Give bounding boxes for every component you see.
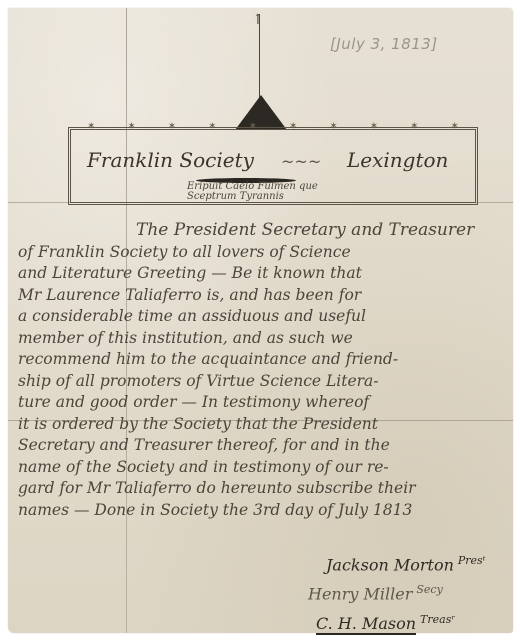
- body-line: The President Secretary and Treasurer: [18, 220, 508, 242]
- society-name: Franklin Society: [87, 148, 254, 172]
- signature-block: Jackson MortonPresᵗ Henry MillerSecy C. …: [298, 548, 508, 636]
- body-line: it is ordered by the Society that the Pr…: [18, 414, 508, 436]
- body-line: Mr Laurence Taliaferro is, and has been …: [18, 285, 508, 307]
- certificate-page: [July 3, 1813] ↑ ✶✶✶✶✶✶✶✶✶✶ Franklin Soc…: [8, 8, 513, 633]
- signature-secretary: Henry MillerSecy: [298, 577, 508, 606]
- body-line: gard for Mr Taliaferro do hereunto subsc…: [18, 478, 508, 500]
- archival-date-note: [July 3, 1813]: [330, 35, 438, 53]
- border-ornament: ✶✶✶✶✶✶✶✶✶✶: [71, 121, 475, 132]
- header-separator: ~~~: [281, 152, 321, 171]
- body-line: member of this institution, and as such …: [18, 328, 508, 350]
- signer-title: Secy: [416, 583, 442, 596]
- body-line: ship of all promoters of Virtue Science …: [18, 371, 508, 393]
- body-line: ture and good order — In testimony where…: [18, 392, 508, 414]
- seal-string: [259, 14, 260, 102]
- signature-president: Jackson MortonPresᵗ: [298, 548, 508, 577]
- signer-name: Henry Miller: [308, 585, 412, 604]
- header-cartouche: ✶✶✶✶✶✶✶✶✶✶ Franklin Society ~~~ Lexingto…: [68, 127, 478, 205]
- motto-line-2: Sceptrum Tyrannis: [187, 192, 318, 202]
- signer-title: Treasʳ: [420, 613, 455, 626]
- signer-title: Presᵗ: [458, 554, 486, 567]
- body-line: a considerable time an assiduous and use…: [18, 306, 508, 328]
- signer-name: C. H. Mason: [316, 614, 416, 635]
- body-line: names — Done in Society the 3rd day of J…: [18, 500, 508, 522]
- body-line: name of the Society and in testimony of …: [18, 457, 508, 479]
- signature-treasurer: C. H. MasonTreasʳ: [298, 607, 508, 636]
- signer-name: Jackson Morton: [326, 555, 454, 574]
- body-line: of Franklin Society to all lovers of Sci…: [18, 242, 508, 264]
- body-line: and Literature Greeting — Be it known th…: [18, 263, 508, 285]
- body-line: Secretary and Treasurer thereof, for and…: [18, 435, 508, 457]
- body-line: recommend him to the acquaintance and fr…: [18, 349, 508, 371]
- city-name: Lexington: [347, 148, 448, 172]
- seal-arrow-icon: ↑: [252, 13, 264, 27]
- motto: Eripuit Caelo Fulmen que Sceptrum Tyrann…: [187, 182, 318, 202]
- certificate-body: The President Secretary and Treasurer of…: [18, 220, 508, 521]
